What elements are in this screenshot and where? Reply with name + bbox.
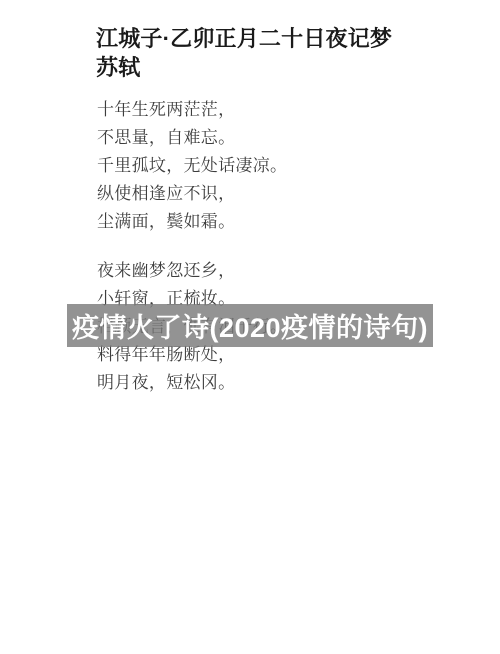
poem-line: 纵使相逢应不识， (97, 180, 287, 208)
poem-line: 千里孤坟，无处话凄凉。 (97, 152, 287, 180)
poem-line: 明月夜，短松冈。 (97, 369, 287, 397)
poem-title: 江城子·乙卯正月二十日夜记梦 (96, 24, 392, 53)
poem-line: 尘满面，鬓如霜。 (97, 208, 287, 236)
poem-line: 夜来幽梦忽还乡， (97, 257, 287, 285)
poem-line: 十年生死两茫茫， (97, 96, 287, 124)
overlay-caption-banner: 疫情火了诗(2020疫情的诗句) (67, 304, 433, 347)
poem-stanza-1: 十年生死两茫茫， 不思量，自难忘。 千里孤坟，无处话凄凉。 纵使相逢应不识， 尘… (97, 96, 287, 236)
poem-page: 江城子·乙卯正月二十日夜记梦 苏轼 十年生死两茫茫， 不思量，自难忘。 千里孤坟… (0, 0, 500, 654)
overlay-caption-text: 疫情火了诗(2020疫情的诗句) (72, 306, 428, 345)
poem-line: 不思量，自难忘。 (97, 124, 287, 152)
poem-author: 苏轼 (96, 53, 392, 82)
poem-title-block: 江城子·乙卯正月二十日夜记梦 苏轼 (96, 24, 392, 82)
